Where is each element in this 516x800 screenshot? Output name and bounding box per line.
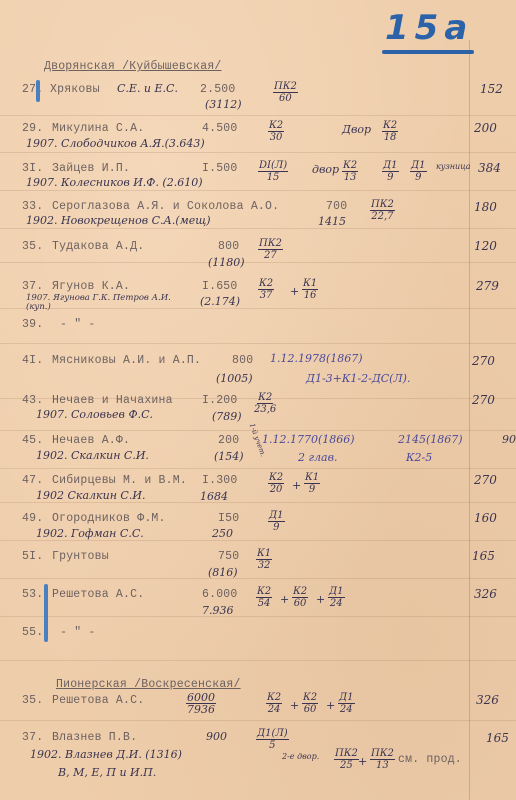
- amount: 6.000: [202, 588, 238, 601]
- owner-name: Ягунов К.А.: [52, 280, 130, 293]
- house-number: 37.: [22, 731, 43, 744]
- plot-fraction: ПК225: [334, 748, 359, 771]
- plot-fraction: К132: [256, 548, 272, 571]
- street-heading: Пионерская /Воскресенская/: [56, 678, 241, 691]
- handwritten-note: 90: [502, 433, 516, 446]
- house-number: 27.: [22, 83, 43, 96]
- row-total: 270: [474, 473, 497, 487]
- plot-fraction: К260: [302, 692, 318, 715]
- plot-fraction: К260: [292, 586, 308, 609]
- row-total: 326: [474, 587, 497, 601]
- house-number: 39.: [22, 318, 43, 331]
- ditto-mark: - " -: [60, 318, 96, 331]
- amount: I50: [218, 512, 239, 525]
- amount-hand: (2.174): [200, 295, 240, 308]
- amount-hand: 1684: [200, 490, 228, 503]
- owner-name: Влазнев П.В.: [52, 731, 137, 744]
- house-number: 29.: [22, 122, 43, 135]
- row-total: 384: [478, 161, 501, 175]
- owner-name: Решетова А.С.: [52, 588, 144, 601]
- house-number: 35.: [22, 240, 43, 253]
- house-number: 3I.: [22, 162, 43, 175]
- plot-fraction: ПК227: [258, 238, 283, 261]
- previous-owner: 1907. Ягунова Г.К. Петров А.И. (куп.): [26, 294, 196, 312]
- owner-name: Грунтовы: [52, 550, 109, 563]
- owner-name: Нечаев и Начахина: [52, 394, 173, 407]
- house-number: 49.: [22, 512, 43, 525]
- extra-label: двор: [312, 163, 339, 176]
- previous-owner: 1907. Соловьев Ф.С.: [36, 408, 153, 421]
- owner-name: Огородников Ф.М.: [52, 512, 166, 525]
- page-number-underline: [382, 50, 474, 54]
- house-number: 33.: [22, 200, 43, 213]
- plot-fraction: К116: [302, 278, 318, 301]
- amount: 200: [218, 434, 239, 447]
- amount-hand: (3112): [205, 98, 242, 111]
- plot-fraction: Д124: [328, 586, 345, 609]
- handwritten-note: К2-5: [406, 451, 432, 464]
- row-total: 120: [474, 239, 497, 253]
- owner-name: Сибирцевы М. и В.М.: [52, 474, 187, 487]
- handwritten-note: 1.12.1770(1866): [262, 433, 355, 446]
- handwritten-note: 2 глав.: [298, 451, 338, 464]
- blue-pencil-mark: [36, 80, 40, 102]
- plot-fraction: Д19: [410, 160, 427, 183]
- amount: I.200: [202, 394, 238, 407]
- owner-name: Зайцев И.П.: [52, 162, 130, 175]
- house-number: 47.: [22, 474, 43, 487]
- owner-hand: С.Е. и Е.С.: [117, 82, 178, 95]
- plot-fraction: К230: [268, 120, 284, 143]
- previous-owner-line2: В, М, Е, П и И.П.: [58, 766, 156, 779]
- amount: I.300: [202, 474, 238, 487]
- house-number: 35.: [22, 694, 43, 707]
- amount: 700: [326, 200, 347, 213]
- plot-fraction: Д124: [338, 692, 355, 715]
- row-total: 279: [476, 279, 499, 293]
- amount: I.650: [202, 280, 238, 293]
- owner-name: Сероглазова А.Я. и Соколова А.О.: [52, 200, 279, 213]
- row-total: 152: [480, 82, 503, 96]
- plot-fraction: Д19: [382, 160, 399, 183]
- plot-fraction: К220: [268, 472, 284, 495]
- house-number: 5I.: [22, 550, 43, 563]
- extra-tail: кузница: [436, 162, 471, 171]
- amount-hand: (1180): [208, 256, 245, 269]
- plot-fraction: К19: [304, 472, 320, 495]
- extra-label: Двор: [342, 123, 371, 136]
- plot-fraction: Д19: [268, 510, 285, 533]
- row-total: 326: [476, 693, 499, 707]
- plot-fraction: ПК213: [370, 748, 395, 771]
- extra-label: 2-е двор.: [282, 752, 319, 761]
- owner-name: Микулина С.А.: [52, 122, 144, 135]
- row-total: 165: [486, 731, 509, 745]
- amount: 800: [232, 354, 253, 367]
- amount: 4.500: [202, 122, 238, 135]
- plot-fraction: DI(Л)15: [258, 160, 288, 183]
- plot-fraction: К224: [266, 692, 282, 715]
- previous-owner: 1902. Гофман С.С.: [36, 527, 144, 540]
- amount: 800: [218, 240, 239, 253]
- previous-owner: 1902. Влазнев Д.И. (1316): [30, 748, 182, 761]
- amount-hand: 250: [212, 527, 233, 540]
- page-number: 15а: [385, 8, 473, 48]
- plot-fraction: К218: [382, 120, 398, 143]
- handwritten-note: 2145(1867): [398, 433, 463, 446]
- previous-owner: 1902. Новокрещенов С.А.(мещ): [26, 214, 211, 227]
- archival-page: 15а Дворянская /Куйбышевская/ 27. Хряков…: [0, 0, 516, 800]
- row-total: 180: [474, 200, 497, 214]
- amount: 2.500: [200, 83, 236, 96]
- owner-name: Решетова А.С.: [52, 694, 144, 707]
- row-total: 165: [472, 549, 495, 563]
- plot-fraction: ПК222,7: [370, 199, 395, 222]
- amount-hand: (789): [212, 410, 242, 423]
- plot-fraction: К223,6: [254, 392, 276, 415]
- plot-fraction: К254: [256, 586, 272, 609]
- plot-fraction: К213: [342, 160, 358, 183]
- row-total: 200: [474, 121, 497, 135]
- blue-pencil-mark: [44, 584, 48, 642]
- plot-fraction: Д1(Л)5: [256, 728, 289, 751]
- continued-note: см. прод.: [398, 753, 462, 766]
- row-total: 270: [472, 354, 495, 368]
- previous-owner: 1902 Скалкин С.И.: [36, 489, 145, 502]
- previous-owner: 1907. Колесников И.Ф. (2.610): [26, 176, 203, 189]
- handwritten-note: Д1-3+К1-2-ДС(Л).: [306, 372, 410, 385]
- amount-hand: 1415: [318, 215, 346, 228]
- amount: 750: [218, 550, 239, 563]
- owner-name: Нечаев А.Ф.: [52, 434, 130, 447]
- previous-owner: 1907. Слободчиков А.Я.(3.643): [26, 137, 205, 150]
- row-total: 270: [472, 393, 495, 407]
- row-total: 160: [474, 511, 497, 525]
- plot-fraction: К237: [258, 278, 274, 301]
- owner-name: Мясниковы А.И. и А.П.: [52, 354, 201, 367]
- amount: 900: [206, 730, 227, 743]
- house-number: 43.: [22, 394, 43, 407]
- house-number: 55.: [22, 626, 43, 639]
- ditto-mark: - " -: [60, 626, 96, 639]
- amount-hand: 7.936: [202, 604, 234, 617]
- amount-fraction: 60007936: [186, 692, 216, 715]
- house-number: 45.: [22, 434, 43, 447]
- amount-hand: (154): [214, 450, 244, 463]
- house-number: 53.: [22, 588, 43, 601]
- owner-name: Тудакова А.Д.: [52, 240, 144, 253]
- amount-hand: (816): [208, 566, 238, 579]
- previous-owner: 1902. Скалкин С.И.: [36, 449, 149, 462]
- owner-name: Хряковы: [50, 83, 100, 96]
- street-heading: Дворянская /Куйбышевская/: [44, 60, 222, 73]
- amount-hand: (1005): [216, 372, 253, 385]
- house-number: 37.: [22, 280, 43, 293]
- plot-fraction: ПК260: [273, 81, 298, 104]
- amount: I.500: [202, 162, 238, 175]
- handwritten-note: 1.12.1978(1867): [270, 352, 363, 365]
- house-number: 4I.: [22, 354, 43, 367]
